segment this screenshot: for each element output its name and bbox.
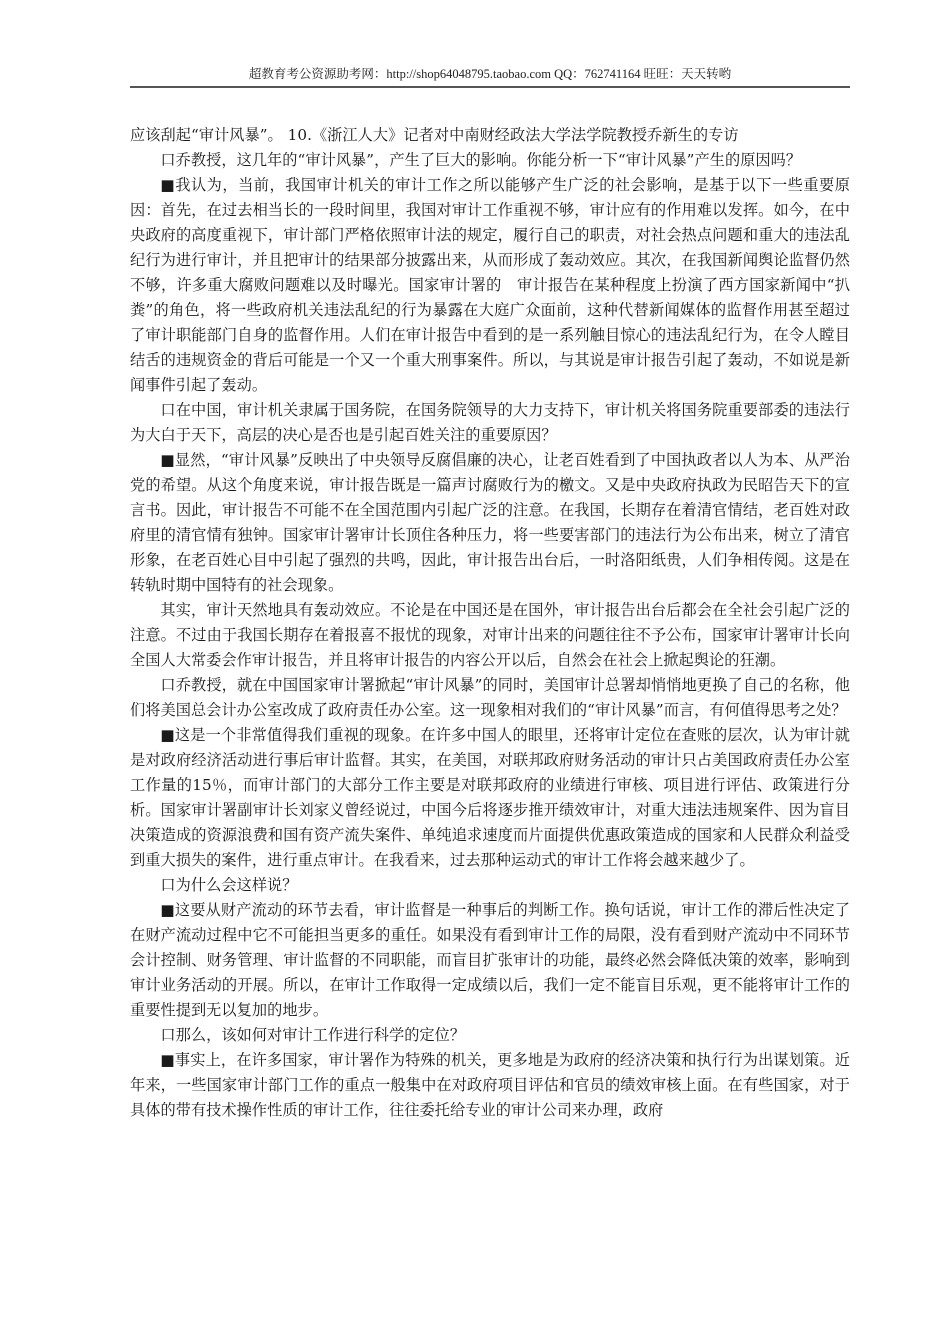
paragraph-answer-4: ■这要从财产流动的环节去看，审计监督是一种事后的判断工作。换句话说，审计工作的滞… [130, 898, 850, 1023]
paragraph-answer-2-cont: 其实，审计天然地具有轰动效应。不论是在中国还是在国外，审计报告出台后都会在全社会… [130, 598, 850, 673]
paragraph-question-5: 口那么，该如何对审计工作进行科学的定位？ [130, 1023, 850, 1048]
paragraph-intro: 应该刮起“审计风暴”。 10.《浙江人大》记者对中南财经政法大学法学院教授乔新生… [130, 123, 850, 148]
header-divider [130, 86, 850, 88]
paragraph-question-1: 口乔教授，这几年的“审计风暴”，产生了巨大的影响。你能分析一下“审计风暴”产生的… [130, 148, 850, 173]
paragraph-answer-3: ■这是一个非常值得我们重视的现象。在许多中国人的眼里，还将审计定位在查账的层次，… [130, 723, 850, 873]
paragraph-answer-5: ■事实上，在许多国家，审计署作为特殊的机关，更多地是为政府的经济决策和执行行为出… [130, 1048, 850, 1123]
paragraph-question-2: 口在中国，审计机关隶属于国务院，在国务院领导的大力支持下，审计机关将国务院重要部… [130, 398, 850, 448]
document-body: 应该刮起“审计风暴”。 10.《浙江人大》记者对中南财经政法大学法学院教授乔新生… [130, 123, 850, 1123]
page-header: 超教育考公资源助考网：http://shop64048795.taobao.co… [130, 64, 850, 82]
paragraph-question-3: 口乔教授，就在中国国家审计署掀起“审计风暴”的同时，美国审计总署却悄悄地更换了自… [130, 673, 850, 723]
paragraph-answer-2: ■显然，“审计风暴”反映出了中央领导反腐倡廉的决心，让老百姓看到了中国执政者以人… [130, 448, 850, 598]
paragraph-answer-1: ■我认为，当前，我国审计机关的审计工作之所以能够产生广泛的社会影响，是基于以下一… [130, 173, 850, 398]
paragraph-question-4: 口为什么会这样说？ [130, 873, 850, 898]
